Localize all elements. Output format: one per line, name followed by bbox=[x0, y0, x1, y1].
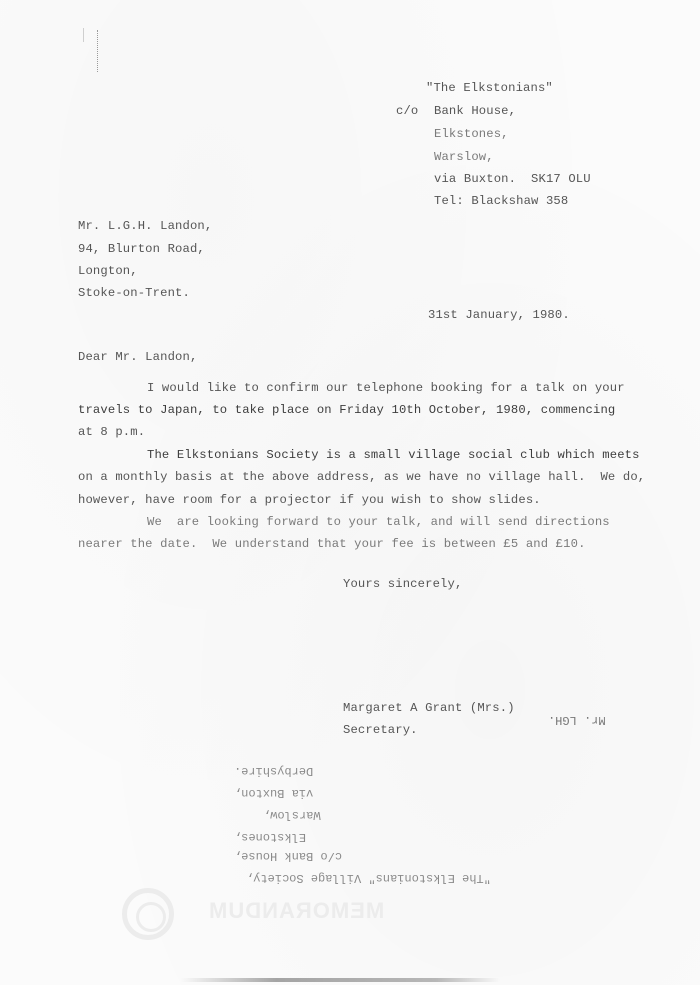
recipient-line: 94, Blurton Road, bbox=[78, 242, 205, 256]
body-line: The Elkstonians Society is a small villa… bbox=[147, 448, 640, 462]
body-line: travels to Japan, to take place on Frida… bbox=[78, 403, 615, 417]
scan-edge-shadow bbox=[180, 978, 500, 982]
sender-address-line: Warslow, bbox=[434, 150, 494, 164]
bleed-line: c/o Bank House, bbox=[234, 849, 342, 863]
mirrored-reference: Mr. LGH. bbox=[548, 713, 606, 727]
body-line: however, have room for a projector if yo… bbox=[78, 493, 541, 507]
letter-date: 31st January, 1980. bbox=[428, 308, 570, 322]
signatory-title: Secretary. bbox=[343, 723, 418, 737]
bleed-line: "The Elkstonians" Village Society, bbox=[246, 871, 491, 885]
sender-address-line: Elkstones, bbox=[434, 127, 509, 141]
bleed-line: Derbyshire. bbox=[234, 764, 313, 778]
bleed-line: Warslow, bbox=[263, 808, 321, 822]
body-line: on a monthly basis at the above address,… bbox=[78, 470, 645, 484]
salutation: Dear Mr. Landon, bbox=[78, 350, 197, 364]
pencil-mark bbox=[97, 30, 99, 72]
pencil-mark bbox=[83, 28, 84, 42]
bleed-line: Elkstones, bbox=[234, 830, 306, 844]
bleed-line: via Buxton, bbox=[234, 786, 313, 800]
body-line: at 8 p.m. bbox=[78, 425, 145, 439]
sender-name: "The Elkstonians" bbox=[426, 81, 553, 95]
sender-address-line: Bank House, bbox=[434, 104, 516, 118]
memorandum-stamp: MEMORANDUM bbox=[208, 898, 384, 924]
body-line: I would like to confirm our telephone bo… bbox=[147, 381, 625, 395]
sender-address-line: via Buxton. SK17 OLU bbox=[434, 172, 591, 186]
letter-page: "The Elkstonians" c/o Bank House, Elksto… bbox=[0, 0, 700, 985]
care-of-label: c/o bbox=[396, 104, 418, 118]
recipient-line: Longton, bbox=[78, 264, 138, 278]
body-line: We are looking forward to your talk, and… bbox=[147, 515, 610, 529]
signatory-name: Margaret A Grant (Mrs.) bbox=[343, 701, 515, 715]
sender-telephone: Tel: Blackshaw 358 bbox=[434, 194, 568, 208]
body-line: nearer the date. We understand that your… bbox=[78, 537, 586, 551]
recipient-line: Stoke-on-Trent. bbox=[78, 286, 190, 300]
circular-logo-icon bbox=[122, 888, 174, 940]
closing: Yours sincerely, bbox=[343, 577, 462, 591]
recipient-line: Mr. L.G.H. Landon, bbox=[78, 219, 212, 233]
